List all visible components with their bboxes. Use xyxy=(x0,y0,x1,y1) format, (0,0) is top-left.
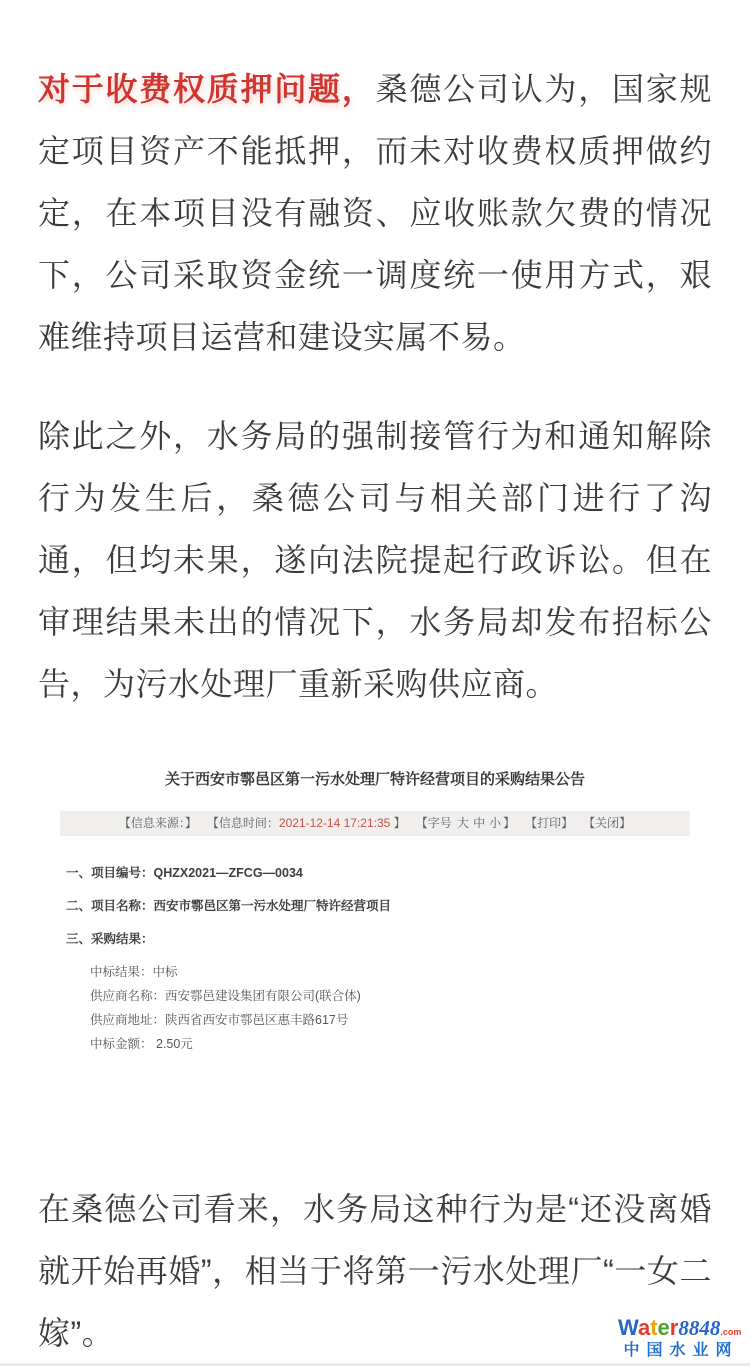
announcement-title: 关于西安市鄠邑区第一污水处理厂特许经营项目的采购结果公告 xyxy=(60,770,690,790)
fontsize-controls: 【字号 大中小】 xyxy=(416,811,515,836)
fontsize-suffix: 】 xyxy=(503,811,515,836)
paragraph-takeover-lawsuit: 除此之外，水务局的强制接管行为和通知解除行为发生后，桑德公司与相关部门进行了沟通… xyxy=(38,405,712,715)
info-time-suffix: 】 xyxy=(394,811,406,836)
close-button: 【关闭】 xyxy=(583,811,631,836)
paragraph-fee-pledge-text: 桑德公司认为，国家规定项目资产不能抵押，而未对收费权质押做约定，在本项目没有融资… xyxy=(38,71,712,355)
watermark-letter: W xyxy=(618,1315,638,1340)
article-body: 对于收费权质押问题，桑德公司认为，国家规定项目资产不能抵押，而未对收费权质押做约… xyxy=(0,0,750,1364)
bid-amount-line: 中标金额： 2.50元 xyxy=(90,1035,690,1054)
watermark-word-water: Water xyxy=(618,1322,678,1339)
paragraph-remarried-metaphor: 在桑德公司看来，水务局这种行为是“还没离婚就开始再婚”，相当于将第一污水处理厂“… xyxy=(38,1178,712,1364)
print-button: 【打印】 xyxy=(525,811,573,836)
announcement-info-bar: 【信息来源：】【信息时间：2021-12-14 17:21:35 】【字号 大中… xyxy=(60,811,690,836)
supplier-name-line: 供应商名称：西安鄠邑建设集团有限公司(联合体) xyxy=(90,987,690,1006)
paragraph-fee-pledge: 对于收费权质押问题，桑德公司认为，国家规定项目资产不能抵押，而未对收费权质押做约… xyxy=(38,58,712,368)
project-number-line: 一、项目编号：QHZX2021—ZFCG—0034 xyxy=(66,864,690,883)
watermark-letter: e xyxy=(658,1315,670,1340)
watermark-letter: t xyxy=(650,1315,657,1340)
fontsize-prefix: 【字号 xyxy=(416,811,452,836)
project-name-line: 二、项目名称：西安市鄠邑区第一污水处理厂特许经营项目 xyxy=(66,897,690,916)
announcement-screenshot[interactable]: 关于西安市鄠邑区第一污水处理厂特许经营项目的采购结果公告 【信息来源：】【信息时… xyxy=(60,770,690,1054)
supplier-address-line: 供应商地址：陕西省西安市鄠邑区惠丰路617号 xyxy=(90,1011,690,1030)
watermark-letter: a xyxy=(638,1315,650,1340)
site-watermark-logo: Water8848.com 中国水业网 xyxy=(618,1317,740,1359)
highlighted-phrase: 对于收费权质押问题， xyxy=(38,71,376,107)
fontsize-medium-button: 中 xyxy=(473,811,485,836)
info-time-segment: 【信息时间：2021-12-14 17:21:35 】 xyxy=(207,811,406,836)
announcement-body: 一、项目编号：QHZX2021—ZFCG—0034 二、项目名称：西安市鄠邑区第… xyxy=(60,864,690,1054)
fontsize-small-button: 小 xyxy=(489,811,501,836)
info-time-value: 2021-12-14 17:21:35 xyxy=(279,811,390,836)
bid-result-line: 中标结果：中标 xyxy=(90,963,690,982)
info-source-label: 【信息来源：】 xyxy=(119,811,197,836)
procurement-result-heading: 三、采购结果： xyxy=(66,930,690,949)
info-time-prefix: 【信息时间： xyxy=(207,811,279,836)
fontsize-large-button: 大 xyxy=(457,811,469,836)
watermark-dotcom: .com xyxy=(720,1327,741,1337)
watermark-chinese-name: 中国水业网 xyxy=(622,1343,740,1359)
watermark-number: 8848 xyxy=(678,1316,720,1340)
watermark-top-row: Water8848.com xyxy=(618,1317,740,1339)
